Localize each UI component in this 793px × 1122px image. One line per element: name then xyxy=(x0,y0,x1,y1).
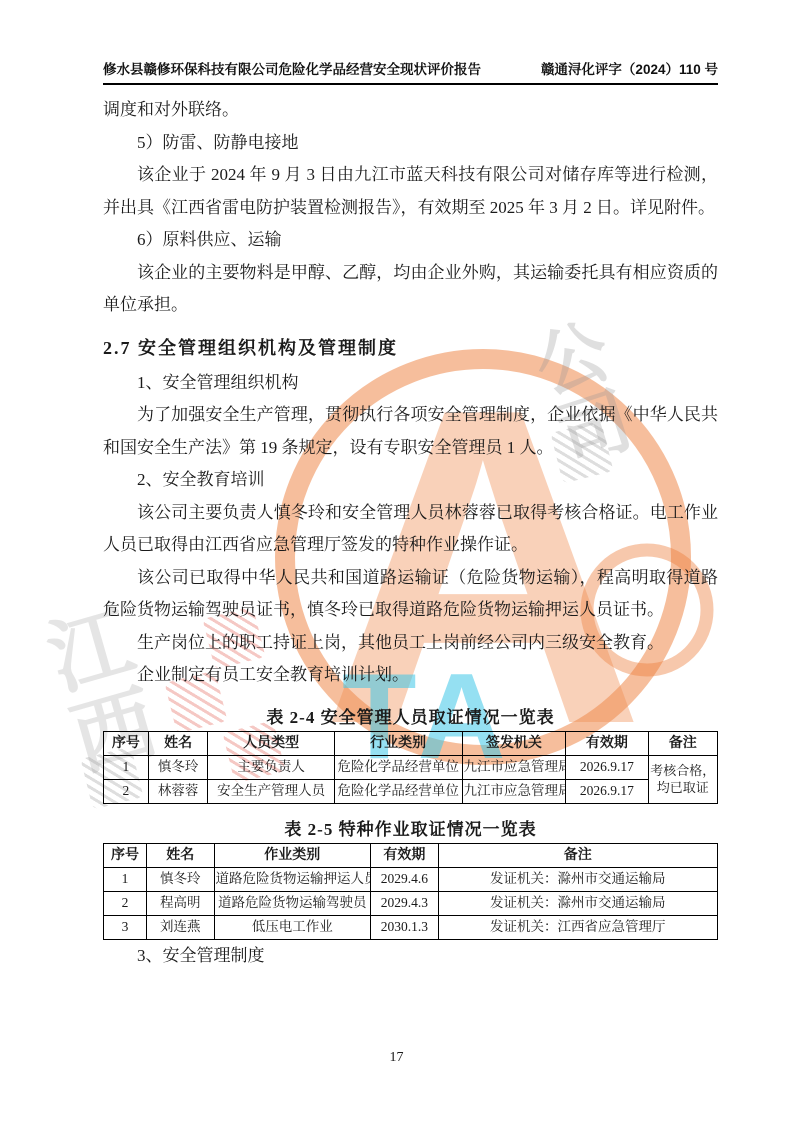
table-cell: 主要负责人 xyxy=(208,756,334,780)
header-report-title: 修水县赣修环保科技有限公司危险化学品经营安全现状评价报告 xyxy=(103,58,481,78)
table-cell: 2026.9.17 xyxy=(566,756,648,780)
page-body: 调度和对外联络。 5）防雷、防静电接地 该企业于 2024 年 9 月 3 日由… xyxy=(103,94,718,973)
paragraph: 调度和对外联络。 xyxy=(103,94,718,127)
column-header: 行业类别 xyxy=(334,731,462,756)
table-cell: 危险化学品经营单位 xyxy=(334,756,462,780)
table-2-5-title: 表 2-5 特种作业取证情况一览表 xyxy=(103,815,718,840)
table-cell: 2030.1.3 xyxy=(371,916,439,940)
table-2-5: 序号 姓名 作业类别 有效期 备注 1 慎冬玲 道路危险货物运输押运人员 202… xyxy=(103,843,718,940)
paragraph: 该公司已取得中华人民共和国道路运输证（危险货物运输），程高明取得道路危险货物运输… xyxy=(103,562,718,627)
remark-merged-cell: 考核合格，均已取证 xyxy=(648,756,717,804)
column-header: 备注 xyxy=(438,843,717,868)
header-doc-number: 赣通浔化评字（2024）110 号 xyxy=(541,58,718,78)
column-header: 人员类型 xyxy=(208,731,334,756)
column-header: 姓名 xyxy=(146,843,214,868)
table-row: 1 慎冬玲 道路危险货物运输押运人员 2029.4.6 发证机关：滁州市交通运输… xyxy=(104,868,718,892)
table-cell: 1 xyxy=(104,756,149,780)
table-cell: 3 xyxy=(104,916,147,940)
table-2-4-title: 表 2-4 安全管理人员取证情况一览表 xyxy=(103,703,718,728)
page-header: 修水县赣修环保科技有限公司危险化学品经营安全现状评价报告 赣通浔化评字（2024… xyxy=(103,58,718,85)
table-cell: 2 xyxy=(104,779,149,803)
column-header: 姓名 xyxy=(148,731,208,756)
table-cell: 刘连燕 xyxy=(146,916,214,940)
table-cell: 发证机关：江西省应急管理厅 xyxy=(438,916,717,940)
table-2-4: 序号 姓名 人员类型 行业类别 签发机关 有效期 备注 1 慎冬玲 主要负责人 … xyxy=(103,731,718,804)
column-header: 有效期 xyxy=(566,731,648,756)
table-cell: 危险化学品经营单位 xyxy=(334,779,462,803)
table-cell: 林蓉蓉 xyxy=(148,779,208,803)
table-cell: 程高明 xyxy=(146,892,214,916)
column-header: 序号 xyxy=(104,731,149,756)
table-row: 2 程高明 道路危险货物运输驾驶员 2029.4.3 发证机关：滁州市交通运输局 xyxy=(104,892,718,916)
table-cell: 九江市应急管理局 xyxy=(462,756,566,780)
table-cell: 安全生产管理人员 xyxy=(208,779,334,803)
document-page: 修水县赣修环保科技有限公司危险化学品经营安全现状评价报告 赣通浔化评字（2024… xyxy=(0,0,793,973)
table-cell: 2029.4.3 xyxy=(371,892,439,916)
paragraph: 6）原料供应、运输 xyxy=(103,224,718,257)
page-footer: 17 xyxy=(0,1050,793,1066)
table-cell: 2029.4.6 xyxy=(371,868,439,892)
table-cell: 发证机关：滁州市交通运输局 xyxy=(438,892,717,916)
table-cell: 道路危险货物运输押运人员 xyxy=(214,868,371,892)
table-cell: 1 xyxy=(104,868,147,892)
paragraph: 该公司主要负责人慎冬玲和安全管理人员林蓉蓉已取得考核合格证。电工作业人员已取得由… xyxy=(103,497,718,562)
paragraph: 生产岗位上的职工持证上岗，其他员工上岗前经公司内三级安全教育。 xyxy=(103,627,718,660)
table-cell: 2 xyxy=(104,892,147,916)
paragraph: 1、安全管理组织机构 xyxy=(103,367,718,400)
table-header-row: 序号 姓名 作业类别 有效期 备注 xyxy=(104,843,718,868)
table-row: 3 刘连燕 低压电工作业 2030.1.3 发证机关：江西省应急管理厅 xyxy=(104,916,718,940)
paragraph: 企业制定有员工安全教育培训计划。 xyxy=(103,659,718,692)
page-number: 17 xyxy=(390,1050,404,1065)
table-cell: 2026.9.17 xyxy=(566,779,648,803)
paragraph: 2、安全教育培训 xyxy=(103,464,718,497)
table-cell: 道路危险货物运输驾驶员 xyxy=(214,892,371,916)
table-cell: 慎冬玲 xyxy=(148,756,208,780)
column-header: 备注 xyxy=(648,731,717,756)
table-cell: 低压电工作业 xyxy=(214,916,371,940)
paragraph: 5）防雷、防静电接地 xyxy=(103,127,718,160)
paragraph: 3、安全管理制度 xyxy=(103,940,718,973)
column-header: 有效期 xyxy=(371,843,439,868)
paragraph: 该企业于 2024 年 9 月 3 日由九江市蓝天科技有限公司对储存库等进行检测… xyxy=(103,159,718,224)
table-cell: 发证机关：滁州市交通运输局 xyxy=(438,868,717,892)
column-header: 作业类别 xyxy=(214,843,371,868)
table-row: 1 慎冬玲 主要负责人 危险化学品经营单位 九江市应急管理局 2026.9.17… xyxy=(104,756,718,780)
table-row: 2 林蓉蓉 安全生产管理人员 危险化学品经营单位 九江市应急管理局 2026.9… xyxy=(104,779,718,803)
column-header: 签发机关 xyxy=(462,731,566,756)
table-cell: 慎冬玲 xyxy=(146,868,214,892)
table-cell: 九江市应急管理局 xyxy=(462,779,566,803)
column-header: 序号 xyxy=(104,843,147,868)
table-header-row: 序号 姓名 人员类型 行业类别 签发机关 有效期 备注 xyxy=(104,731,718,756)
section-heading-2-7: 2.7 安全管理组织机构及管理制度 xyxy=(103,332,718,364)
paragraph: 该企业的主要物料是甲醇、乙醇，均由企业外购，其运输委托具有相应资质的单位承担。 xyxy=(103,257,718,322)
paragraph: 为了加强安全生产管理，贯彻执行各项安全管理制度，企业依据《中华人民共和国安全生产… xyxy=(103,399,718,464)
